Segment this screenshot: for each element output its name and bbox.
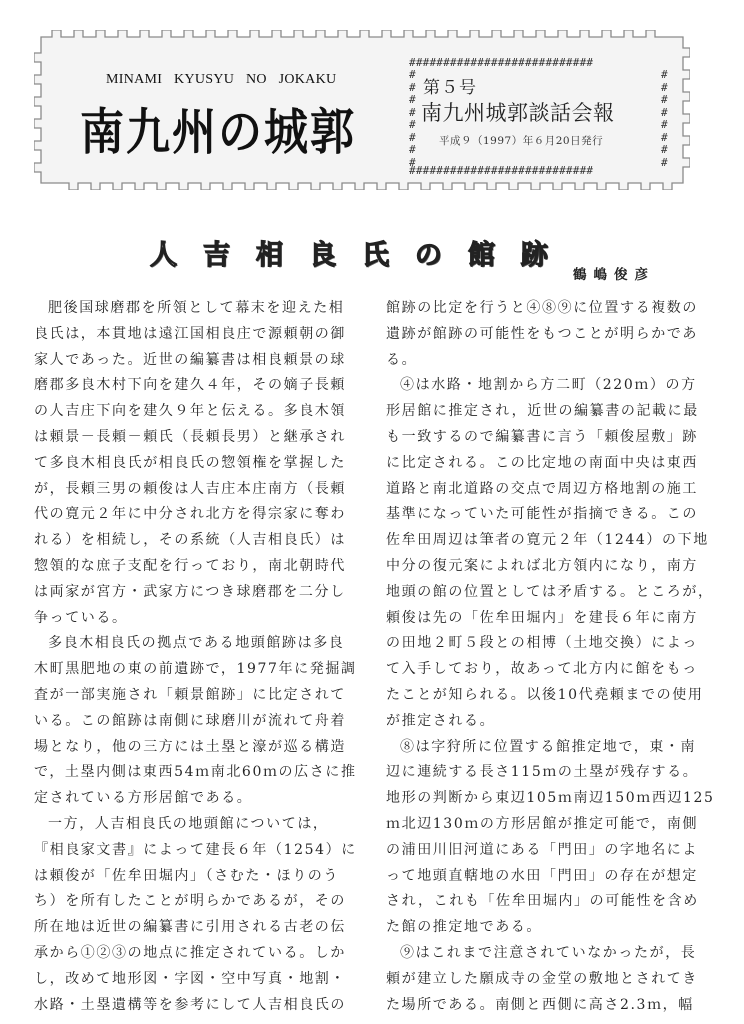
hash-border-left: # # # # # # # # <box>409 69 416 169</box>
text-line: が推定される。 <box>386 709 718 735</box>
text-line: の浦田川旧河道にある「門田」の字地名によ <box>386 838 718 864</box>
text-line: の人吉庄下向を建久９年と伝える。多良木領 <box>34 399 364 425</box>
text-line: 館跡の比定を行うと④⑧⑨に位置する複数の <box>386 296 718 322</box>
text-line: 肥後国球磨郡を所領として幕末を迎えた相 <box>34 296 364 322</box>
text-line: 頼俊は先の「佐牟田堀内」を建長６年に南方 <box>386 606 718 632</box>
text-line: 形居館に推定され，近世の編纂書の記載に最 <box>386 399 718 425</box>
issue-info-box: ########################### # # # # # # … <box>409 57 671 177</box>
article-title: 人吉相良氏の館跡 <box>150 233 574 269</box>
text-line: は頼俊が「佐牟田堀内」（さむた・ほりのう <box>34 864 364 890</box>
paragraph: ⑧は字狩所に位置する館推定地で，東・南辺に連続する長さ115ｍの土塁が残存する。… <box>386 735 718 941</box>
text-line: 『相良家文書』によって建長６年（1254）に <box>34 838 364 864</box>
text-line: 地形の判断から東辺105ｍ南辺150ｍ西辺125 <box>386 786 718 812</box>
paragraph: 肥後国球磨郡を所領として幕末を迎えた相良氏は，本貫地は遠江国相良庄で源頼朝の御家… <box>34 296 364 631</box>
text-line: 承から①②③の地点に推定されている。しか <box>34 941 364 967</box>
text-line: 中分の復元案によれば北方領内になり，南方 <box>386 554 718 580</box>
text-line: って地頭直轄地の水田「門田」の存在が想定 <box>386 864 718 890</box>
text-line: ｍ北辺130ｍの方形居館が推定可能で，南側 <box>386 812 718 838</box>
text-line: 惣領的な庶子支配を行っており，南北朝時代 <box>34 554 364 580</box>
text-line: 佐牟田周辺は筆者の寛元２年（1244）の下地 <box>386 528 718 554</box>
text-line: で，土塁内側は東西54ｍ南北60ｍの広さに推 <box>34 760 364 786</box>
hash-border-bottom: ########################### <box>409 165 593 177</box>
text-line: 場となり，他の三方には土塁と濠が巡る構造 <box>34 735 364 761</box>
text-line: 辺に連続する長さ115ｍの土塁が残存する。 <box>386 760 718 786</box>
masthead-english-title: MINAMI KYUSYU NO JOKAKU <box>106 72 336 88</box>
text-line: 遺跡が館跡の可能性をもつことが明らかであ <box>386 322 718 348</box>
publication-date: 平成９（1997）年６月20日発行 <box>439 133 603 148</box>
text-line: は頼景－長頼－頼氏（長頼長男）と継承され <box>34 425 364 451</box>
hash-border-right: # # # # # # # # <box>661 69 668 169</box>
text-line: ち）を所有したことが明らかであるが，その <box>34 889 364 915</box>
masthead: MINAMI KYUSYU NO JOKAKU 南九州の城郭 #########… <box>34 30 690 190</box>
text-line: され，これも「佐牟田堀内」の可能性を含め <box>386 889 718 915</box>
issue-number: 第５号 <box>423 73 477 98</box>
text-line: し，改めて地形図・字図・空中写真・地割・ <box>34 967 364 993</box>
article-body-right-column: 館跡の比定を行うと④⑧⑨に位置する複数の遺跡が館跡の可能性をもつことが明らかであ… <box>386 296 718 1018</box>
text-line: る。 <box>386 348 718 374</box>
text-line: 争っている。 <box>34 606 364 632</box>
article-body-left-column: 肥後国球磨郡を所領として幕末を迎えた相良氏は，本貫地は遠江国相良庄で源頼朝の御家… <box>34 296 364 1018</box>
masthead-japanese-title: 南九州の城郭 <box>80 92 356 164</box>
text-line: の田地２町５段との相博（土地交換）によっ <box>386 631 718 657</box>
text-line: 査が一部実施され「頼景館跡」に比定されて <box>34 683 364 709</box>
text-line: た館の推定地である。 <box>386 915 718 941</box>
text-line: は両家が宮方・武家方につき球磨郡を二分し <box>34 580 364 606</box>
text-line: 木町黒肥地の東の前遺跡で，1977年に発掘調 <box>34 657 364 683</box>
text-line: 定されている方形居館である。 <box>34 786 364 812</box>
text-line: れる）を相続し，その系統（人吉相良氏）は <box>34 528 364 554</box>
text-line: たことが知られる。以後10代堯頼までの使用 <box>386 683 718 709</box>
text-line: 一方，人吉相良氏の地頭館については， <box>34 812 364 838</box>
text-line: 磨郡多良木村下向を建久４年，その嫡子長頼 <box>34 373 364 399</box>
text-line: ⑨はこれまで注意されていなかったが，長 <box>386 941 718 967</box>
text-line: 水路・土塁遺構等を参考にして人吉相良氏の <box>34 993 364 1019</box>
text-line: て入手しており，故あって北方内に館をもっ <box>386 657 718 683</box>
paragraph: ④は水路・地割から方二町（220ｍ）の方形居館に推定され，近世の編纂書の記載に最… <box>386 373 718 734</box>
text-line: 多良木相良氏の拠点である地頭館跡は多良 <box>34 631 364 657</box>
text-line: て多良木相良氏が相良氏の惣領権を掌握した <box>34 451 364 477</box>
text-line: 良氏は，本貫地は遠江国相良庄で源頼朝の御 <box>34 322 364 348</box>
text-line: 家人であった。近世の編纂書は相良頼景の球 <box>34 348 364 374</box>
text-line: 基準になっていた可能性が指摘できる。この <box>386 502 718 528</box>
article-author: 鶴嶋俊彦 <box>573 263 655 283</box>
text-line: いる。この館跡は南側に球磨川が流れて舟着 <box>34 709 364 735</box>
text-line: に比定される。この比定地の南面中央は東西 <box>386 451 718 477</box>
text-line: ④は水路・地割から方二町（220ｍ）の方 <box>386 373 718 399</box>
paragraph: 一方，人吉相良氏の地頭館については，『相良家文書』によって建長６年（1254）に… <box>34 812 364 1018</box>
text-line: も一致するので編纂書に言う「頼俊屋敷」跡 <box>386 425 718 451</box>
society-name: 南九州城郭談話会報 <box>421 97 615 127</box>
text-line: 所在地は近世の編纂書に引用される古老の伝 <box>34 915 364 941</box>
text-line: 頼が建立した願成寺の金堂の敷地とされてき <box>386 967 718 993</box>
text-line: 道路と南北道路の交点で周辺方格地割の施工 <box>386 477 718 503</box>
text-line: た場所である。南側と西側に高さ2.3ｍ，幅 <box>386 993 718 1019</box>
text-line: ⑧は字狩所に位置する館推定地で，東・南 <box>386 735 718 761</box>
paragraph: 多良木相良氏の拠点である地頭館跡は多良木町黒肥地の東の前遺跡で，1977年に発掘… <box>34 631 364 812</box>
paragraph: ⑨はこれまで注意されていなかったが，長頼が建立した願成寺の金堂の敷地とされてきた… <box>386 941 718 1018</box>
text-line: が，長頼三男の頼俊は人吉庄本庄南方（長頼 <box>34 477 364 503</box>
text-line: 地頭の館の位置としては矛盾する。ところが， <box>386 580 718 606</box>
paragraph: 館跡の比定を行うと④⑧⑨に位置する複数の遺跡が館跡の可能性をもつことが明らかであ… <box>386 296 718 373</box>
hash-border-top: ########################### <box>409 57 593 69</box>
text-line: 代の寛元２年に中分され北方を得宗家に奪わ <box>34 502 364 528</box>
